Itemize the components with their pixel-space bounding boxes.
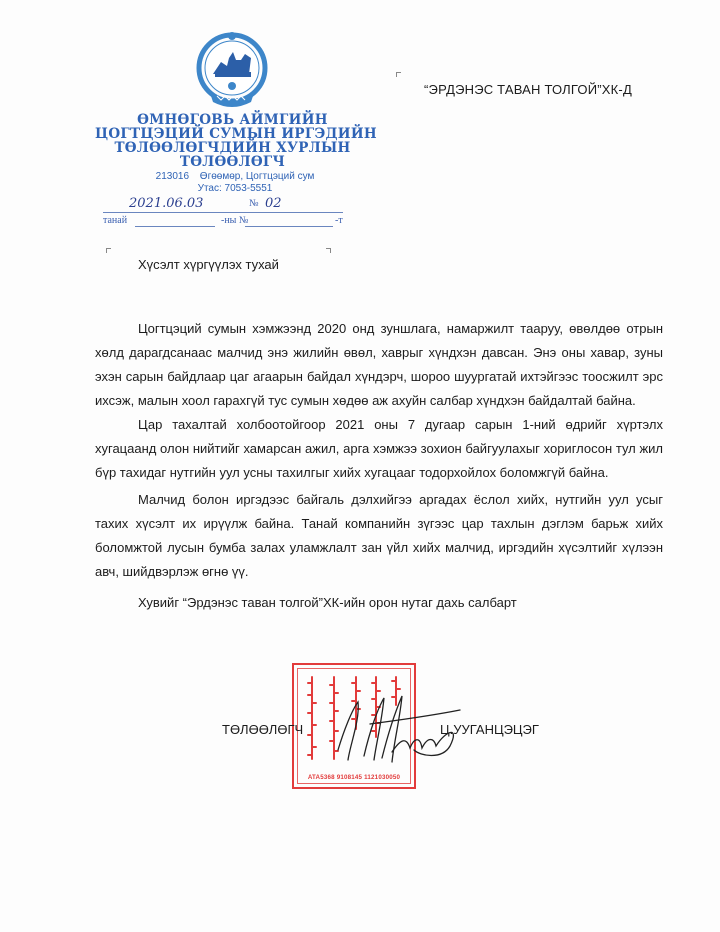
phone-number: Утас: 7053-5551 [130,183,340,195]
ref-suffix: -т [335,215,343,226]
org-address: 213016 Өгөөмөр, Цогтцэций сум Утас: 7053… [130,171,340,195]
ref-number-label: -ны № [221,215,248,226]
seal-registration-code: ATA5368 9108145 1121030050 [294,774,414,781]
letter-date: 2021.06.03 [129,196,203,211]
mongolian-script-icon [302,673,406,765]
ref-date-line [135,226,215,227]
number-label: № [249,198,259,209]
address-text: Өгөөмөр, Цогтцэций сум [200,171,315,182]
letter-number: 02 [265,196,282,211]
address-corner-mark [396,72,401,77]
reference-row: танай -ны № -т [103,215,348,229]
signatory-name: Ц.УУГАНЦЭЦЭГ [440,722,539,737]
letter-page: ӨМНӨГОВЬ АЙМГИЙН ЦОГТЦЭЦИЙ СУМЫН ИРГЭДИЙ… [0,0,720,932]
body-paragraph: Цар тахалтай холбоотойгоор 2021 оны 7 ду… [95,413,663,485]
copy-to-line: Хувийг “Эрдэнэс таван толгой”ХК-ийн орон… [95,591,663,615]
issuing-organization: ӨМНӨГОВЬ АЙМГИЙН ЦОГТЦЭЦИЙ СУМЫН ИРГЭДИЙ… [95,113,370,169]
ref-number-line [245,226,333,227]
postal-code: 213016 [156,171,189,182]
org-line: ӨМНӨГОВЬ АЙМГИЙН [95,113,370,127]
subject-corner-mark [106,248,111,253]
ref-prefix: танай [103,215,127,226]
recipient: “ЭРДЭНЭС ТАВАН ТОЛГОЙ”ХК-Д [424,82,632,97]
subject-corner-mark [326,248,331,253]
state-emblem-icon [193,30,271,112]
org-line: ТӨЛӨӨЛӨГЧДИЙН ХУРЛЫН [95,141,370,155]
date-number-row: 2021.06.03 № 02 [103,196,343,213]
signatory-title: ТӨЛӨӨЛӨГЧ [222,722,303,737]
date-underline [103,212,343,213]
body-paragraph: Малчид болон иргэдээс байгаль дэлхийгээ … [95,488,663,584]
org-line: ТӨЛӨӨЛӨГЧ [95,155,370,169]
org-line: ЦОГТЦЭЦИЙ СУМЫН ИРГЭДИЙН [95,127,370,141]
subject-line: Хүсэлт хүргүүлэх тухай [138,257,279,272]
body-paragraph: Цогтцэций сумын хэмжээнд 2020 онд зуншла… [95,317,663,413]
official-seal: ATA5368 9108145 1121030050 [292,663,416,789]
